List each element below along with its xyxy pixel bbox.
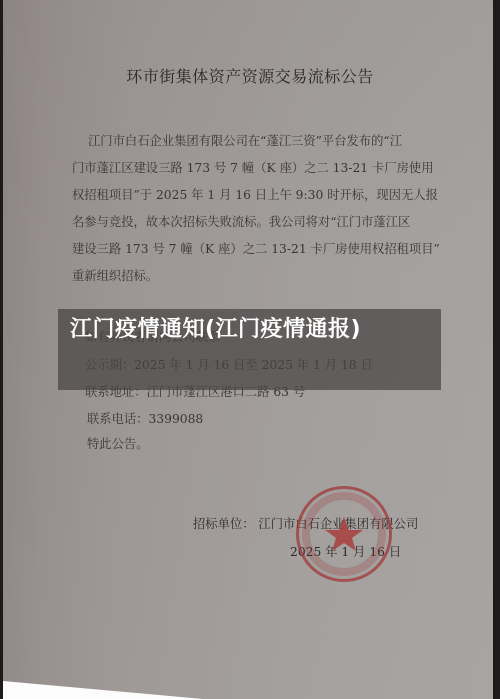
seal-star-icon	[299, 489, 389, 579]
closing-text: 特此公告。	[87, 434, 149, 452]
paragraph-line: 建设三路 173 号 7 幢（K 座）之二 13-21 卡厂房使用权招租项目”	[72, 239, 440, 257]
headline-title: 江门疫情通知(江门疫情通报)	[70, 312, 430, 348]
paragraph-line: 门市蓬江区建设三路 173 号 7 幢（K 座）之二 13-21 卡厂房使用	[72, 158, 434, 176]
paragraph-line: 重新组织招标。	[72, 266, 158, 284]
document-title: 环市街集体资产资源交易流标公告	[0, 64, 500, 87]
contact-phone: 联系电话：3399088	[87, 409, 203, 427]
paper-corner	[3, 681, 203, 699]
paragraph-line: 名参与竞投，故本次招标失败流标。我公司将对“江门市蓬江区	[72, 212, 410, 230]
paragraph-line: 权招租项目”于 2025 年 1 月 16 日上午 9:30 时开标，现因无人报	[72, 185, 438, 203]
company-seal	[296, 486, 392, 582]
paragraph-line: 江门市白石企业集团有限公司在“蓬江三资”平台发布的“江	[88, 131, 402, 149]
